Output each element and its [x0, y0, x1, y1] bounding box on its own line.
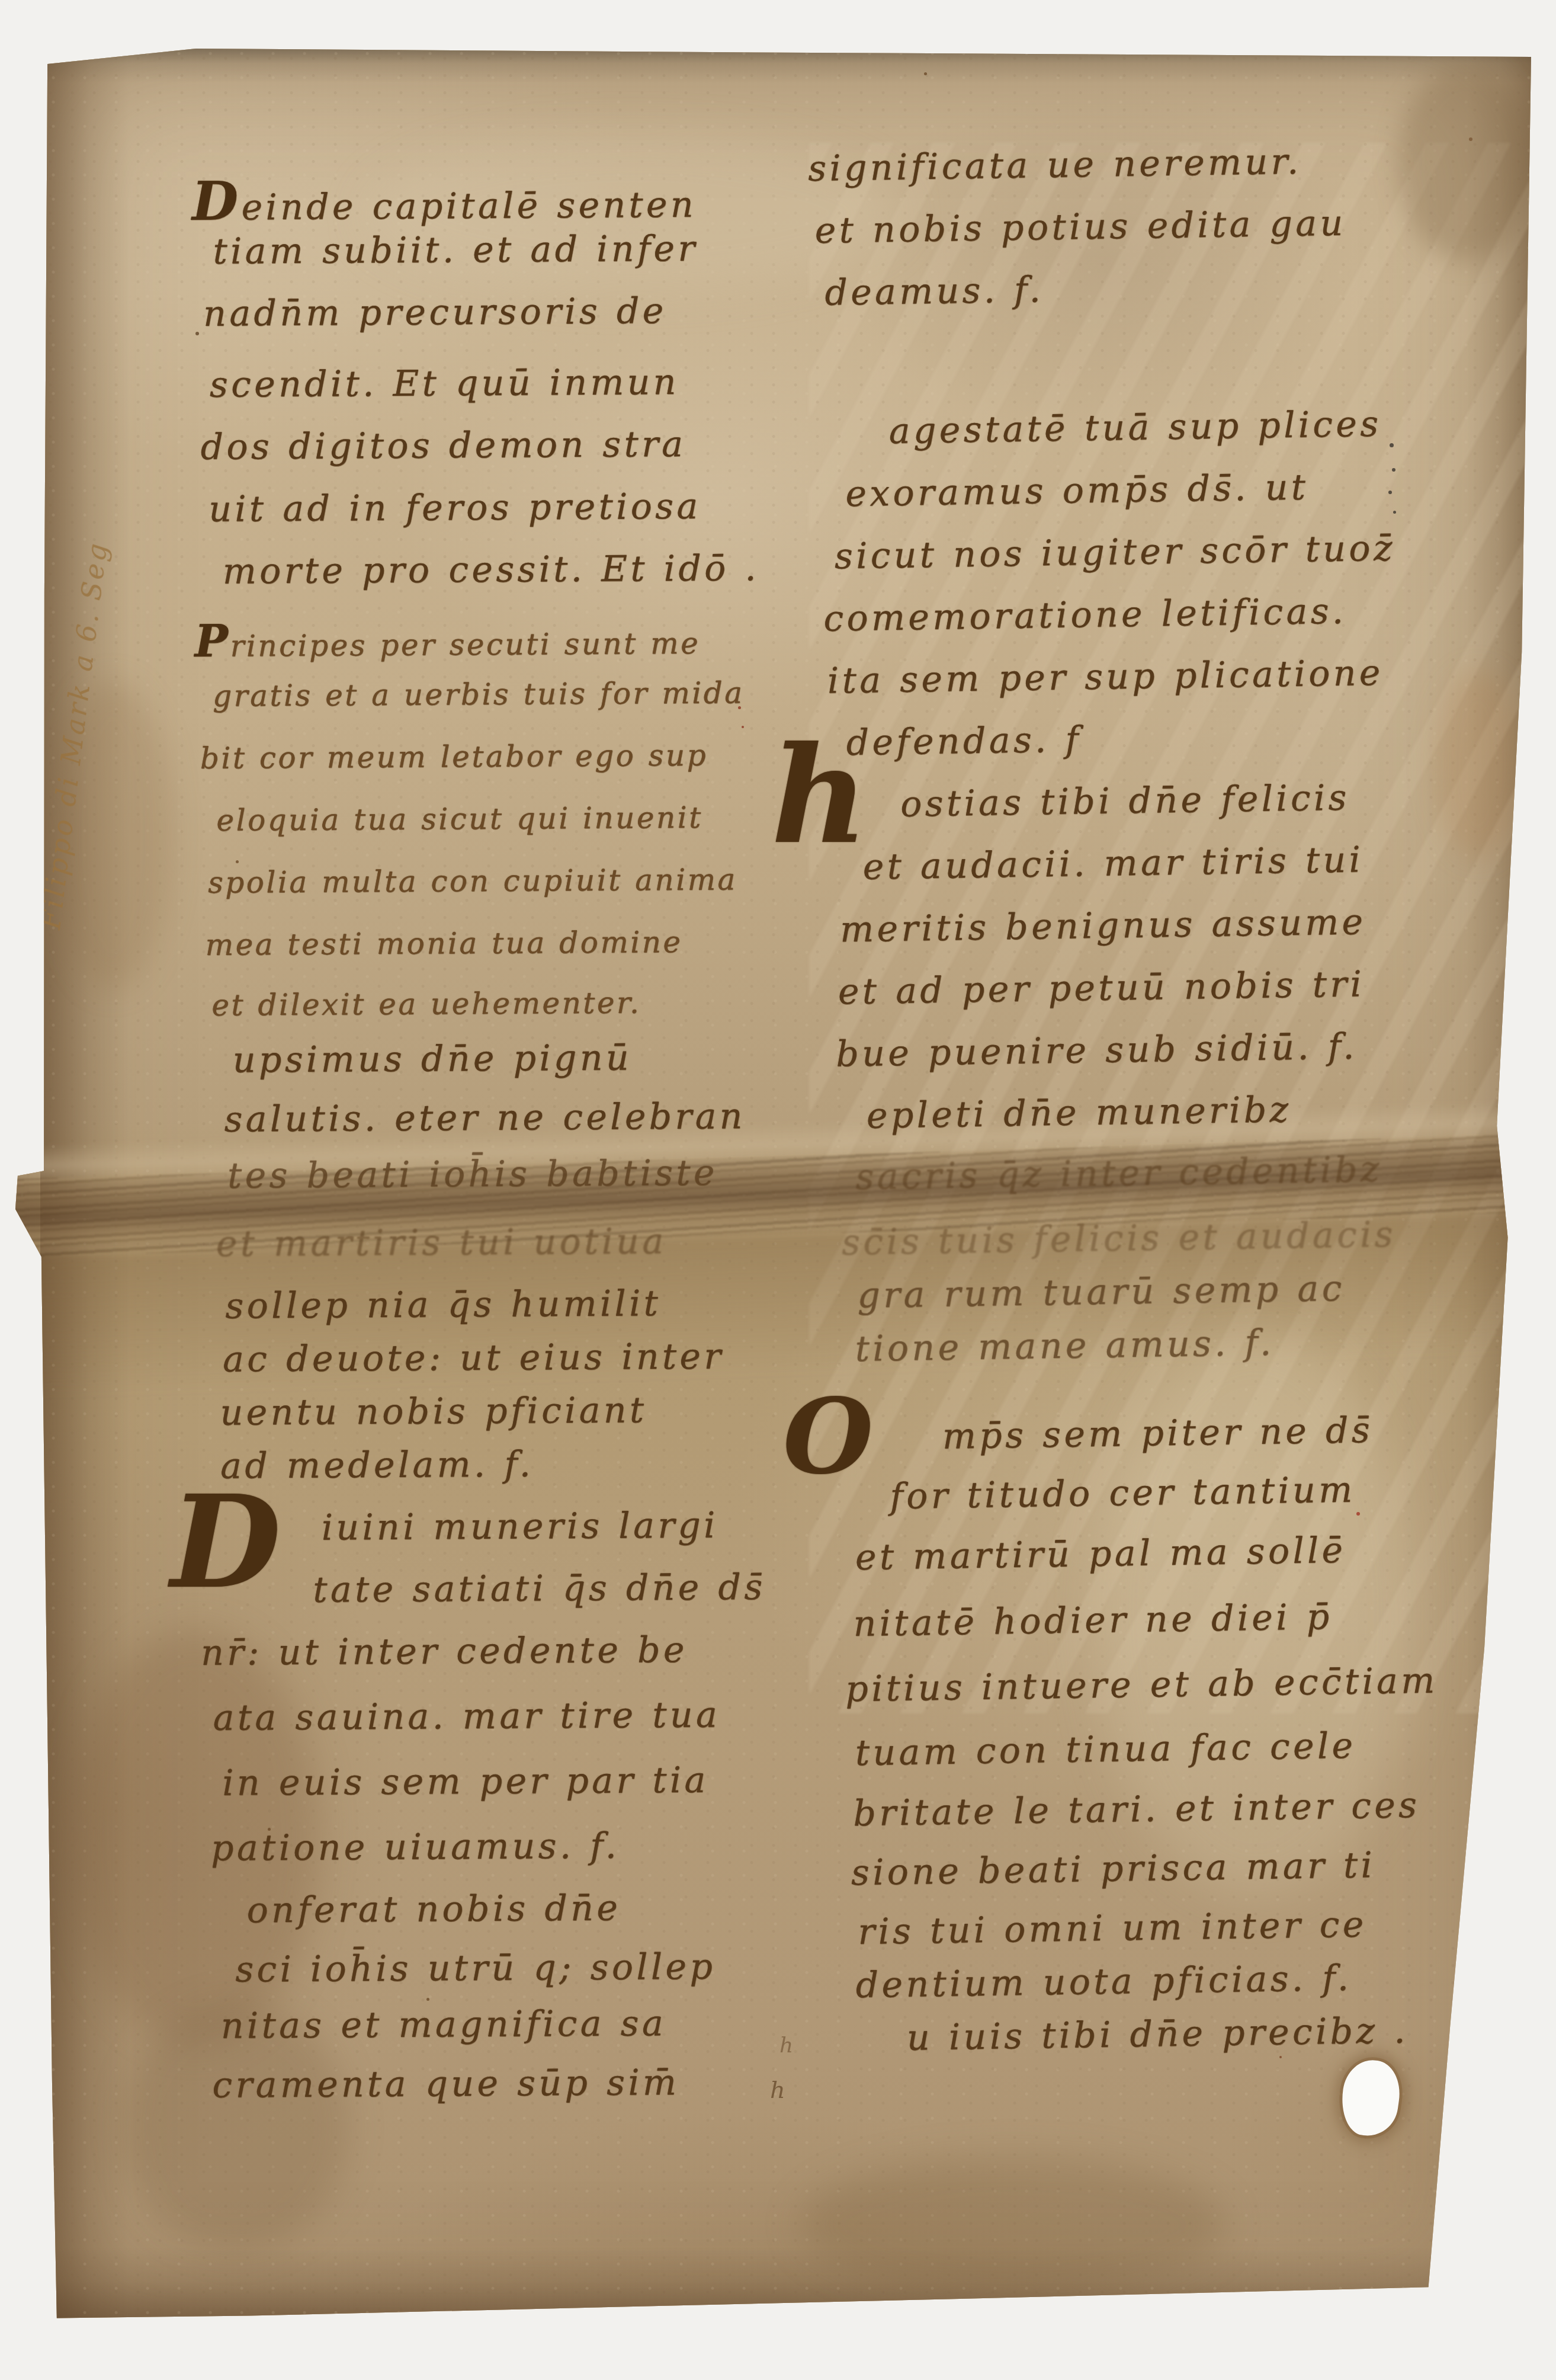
manuscript-text-line: mp̄s sem piter ne ds̄: [942, 1412, 1374, 1455]
illuminated-initial-o: O: [783, 1394, 873, 1482]
manuscript-text-line: nitatē hodier ne diei p̄: [853, 1599, 1333, 1642]
ink-speck: [426, 1998, 429, 2001]
ink-speck: [236, 860, 239, 863]
manuscript-text-line: epleti dn̄e muneribz: [867, 1092, 1292, 1134]
manuscript-text-line: scendit. Et quū inmun: [210, 364, 679, 403]
manuscript-text-line: exoramus omp̄s ds̄. ut: [845, 469, 1309, 512]
manuscript-text-line: sacris q̄z inter cedentibz: [855, 1152, 1382, 1195]
manuscript-text-line: et martirū pal ma sollē: [855, 1533, 1346, 1575]
manuscript-text-line: significata ue neremur.: [808, 144, 1302, 187]
manuscript-text-line: sicut nos iugiter scōr tuoz̄: [834, 530, 1395, 574]
manuscript-text-line: tione mane amus. f.: [855, 1325, 1275, 1367]
page-edge-shadow-top: [0, 47, 1556, 83]
manuscript-text-line: gra rum tuarū semp ac: [857, 1271, 1345, 1314]
folio-number-pencil: 1c: [1449, 2191, 1491, 2231]
ink-speck: [1393, 511, 1396, 514]
manuscript-text-line: bit cor meum letabor ego sup: [200, 741, 708, 773]
manuscript-text-line: onferat nobis dn̄e: [247, 1891, 621, 1929]
manuscript-text-line: spolia multa con cupiuit anima: [208, 864, 737, 897]
manuscript-text-line: ac deuote: ut eius inter: [223, 1339, 724, 1378]
manuscript-text-line: et dilexit ea uehementer.: [211, 988, 641, 1020]
manuscript-text-line: ita sem per sup plicatione: [827, 655, 1384, 699]
manuscript-text-line: dentium uota pficias. f.: [855, 1961, 1352, 2003]
manuscript-text-line: meritis benignus assume: [840, 904, 1366, 947]
manuscript-text-line: Principes per secuti sunt me: [194, 616, 700, 664]
manuscript-text-line: salutis. eter ne celebran: [224, 1098, 746, 1137]
manuscript-text-line: tuam con tinua fac cele: [855, 1728, 1356, 1772]
manuscript-text-line: ostias tibi dn̄e felicis: [900, 780, 1350, 822]
manuscript-text-line: iuini muneris largi: [322, 1508, 718, 1546]
manuscript-text-line: et ad per petuū nobis tri: [838, 966, 1365, 1010]
catch-mark-left: h: [770, 2077, 785, 2104]
ink-speck: [1356, 1512, 1360, 1516]
manuscript-text-line: comemoratione letificas.: [823, 594, 1347, 637]
manuscript-text-line: sione beati prisca mar ti: [851, 1847, 1375, 1891]
manuscript-text-line: cramenta que sūp sim̄: [212, 2065, 679, 2103]
manuscript-text-line: eloquia tua sicut qui inuenit: [216, 803, 703, 835]
ink-speck: [1392, 468, 1395, 472]
manuscript-text-line: tate satiati q̄s dn̄e ds̄: [313, 1569, 765, 1608]
manuscript-text-line: uit ad in feros pretiosa: [208, 489, 701, 527]
manuscript-text-line: pitius intuere et ab ecc̄tiam: [845, 1663, 1438, 1707]
manuscript-text-line: britate le tari. et inter ces: [853, 1788, 1420, 1831]
manuscript-text-line: et nobis potius edita gau: [814, 206, 1346, 249]
ink-speck: [195, 332, 199, 335]
manuscript-text-line: defendas. f: [846, 722, 1082, 761]
manuscript-text-line: gratis et a uerbis tuis for mida: [213, 678, 745, 710]
manuscript-text-line: patione uiuamus. f.: [211, 1828, 620, 1866]
manuscript-text-line: tes beati ioh̄is babtiste: [227, 1155, 718, 1194]
manuscript-text-line: nadn̄m precursoris de: [203, 293, 667, 332]
catch-mark-right: h: [779, 2033, 793, 2058]
manuscript-text-line: Deinde capitalē senten: [192, 172, 697, 228]
manuscript-text-line: sollep nia q̄s humilit: [225, 1286, 661, 1324]
manuscript-text-line: morte pro cessit. Et idō .: [223, 550, 759, 590]
manuscript-text-line: bue puenire sub sidiū. f.: [836, 1029, 1358, 1072]
manuscript-text-line: upsimus dn̄e pignū: [233, 1040, 632, 1078]
manuscript-text-line: dos digitos demon stra: [200, 427, 686, 465]
manuscript-text-line: u iuis tibi dn̄e precibz .: [907, 2013, 1409, 2056]
parchment-hole: [1337, 2057, 1404, 2139]
manuscript-text-line: tiam subiit. et ad infer: [213, 231, 698, 270]
manuscript-text-line: nr̄: ut inter cedente be: [201, 1632, 688, 1671]
ink-speck: [1388, 491, 1392, 494]
manuscript-text-line: ata sauina. mar tire tua: [213, 1697, 721, 1736]
parchment-leaf: Deinde capitalē sententiam subiit. et ad…: [0, 0, 1556, 2380]
manuscript-text-line: ris tui omni um inter ce: [858, 1907, 1367, 1950]
illuminated-initial-h: h: [771, 739, 868, 853]
manuscript-text-line: agestatē tuā sup plices: [888, 406, 1381, 449]
manuscript-text-line: for titudo cer tantium: [890, 1472, 1356, 1515]
manuscript-text-line: et martiris tui uotiua: [216, 1223, 667, 1262]
manuscript-text-line: sci ioh̄is utrū q; sollep: [235, 1949, 716, 1988]
manuscript-text-line: sc̄is tuis felicis et audacis: [842, 1216, 1396, 1260]
ink-speck: [742, 726, 744, 728]
manuscript-text-line: et audacii. mar tiris tui: [862, 842, 1363, 885]
manuscript-text-line: uentu nobis pficiant: [220, 1392, 647, 1430]
manuscript-text-line: mea testi monia tua domine: [206, 927, 683, 960]
manuscript-text-line: nitas et magnifica sa: [221, 2006, 667, 2044]
ink-speck: [1279, 2056, 1282, 2058]
manuscript-photo: Deinde capitalē sententiam subiit. et ad…: [0, 0, 1556, 2380]
illuminated-initial-d: D: [171, 1488, 281, 1597]
manuscript-text-line: deamus. f.: [824, 272, 1044, 310]
manuscript-text-line: in euis sem per par tia: [222, 1763, 709, 1801]
ink-speck: [1390, 443, 1394, 447]
page-edge-shadow-bottom: [41, 2247, 1467, 2324]
